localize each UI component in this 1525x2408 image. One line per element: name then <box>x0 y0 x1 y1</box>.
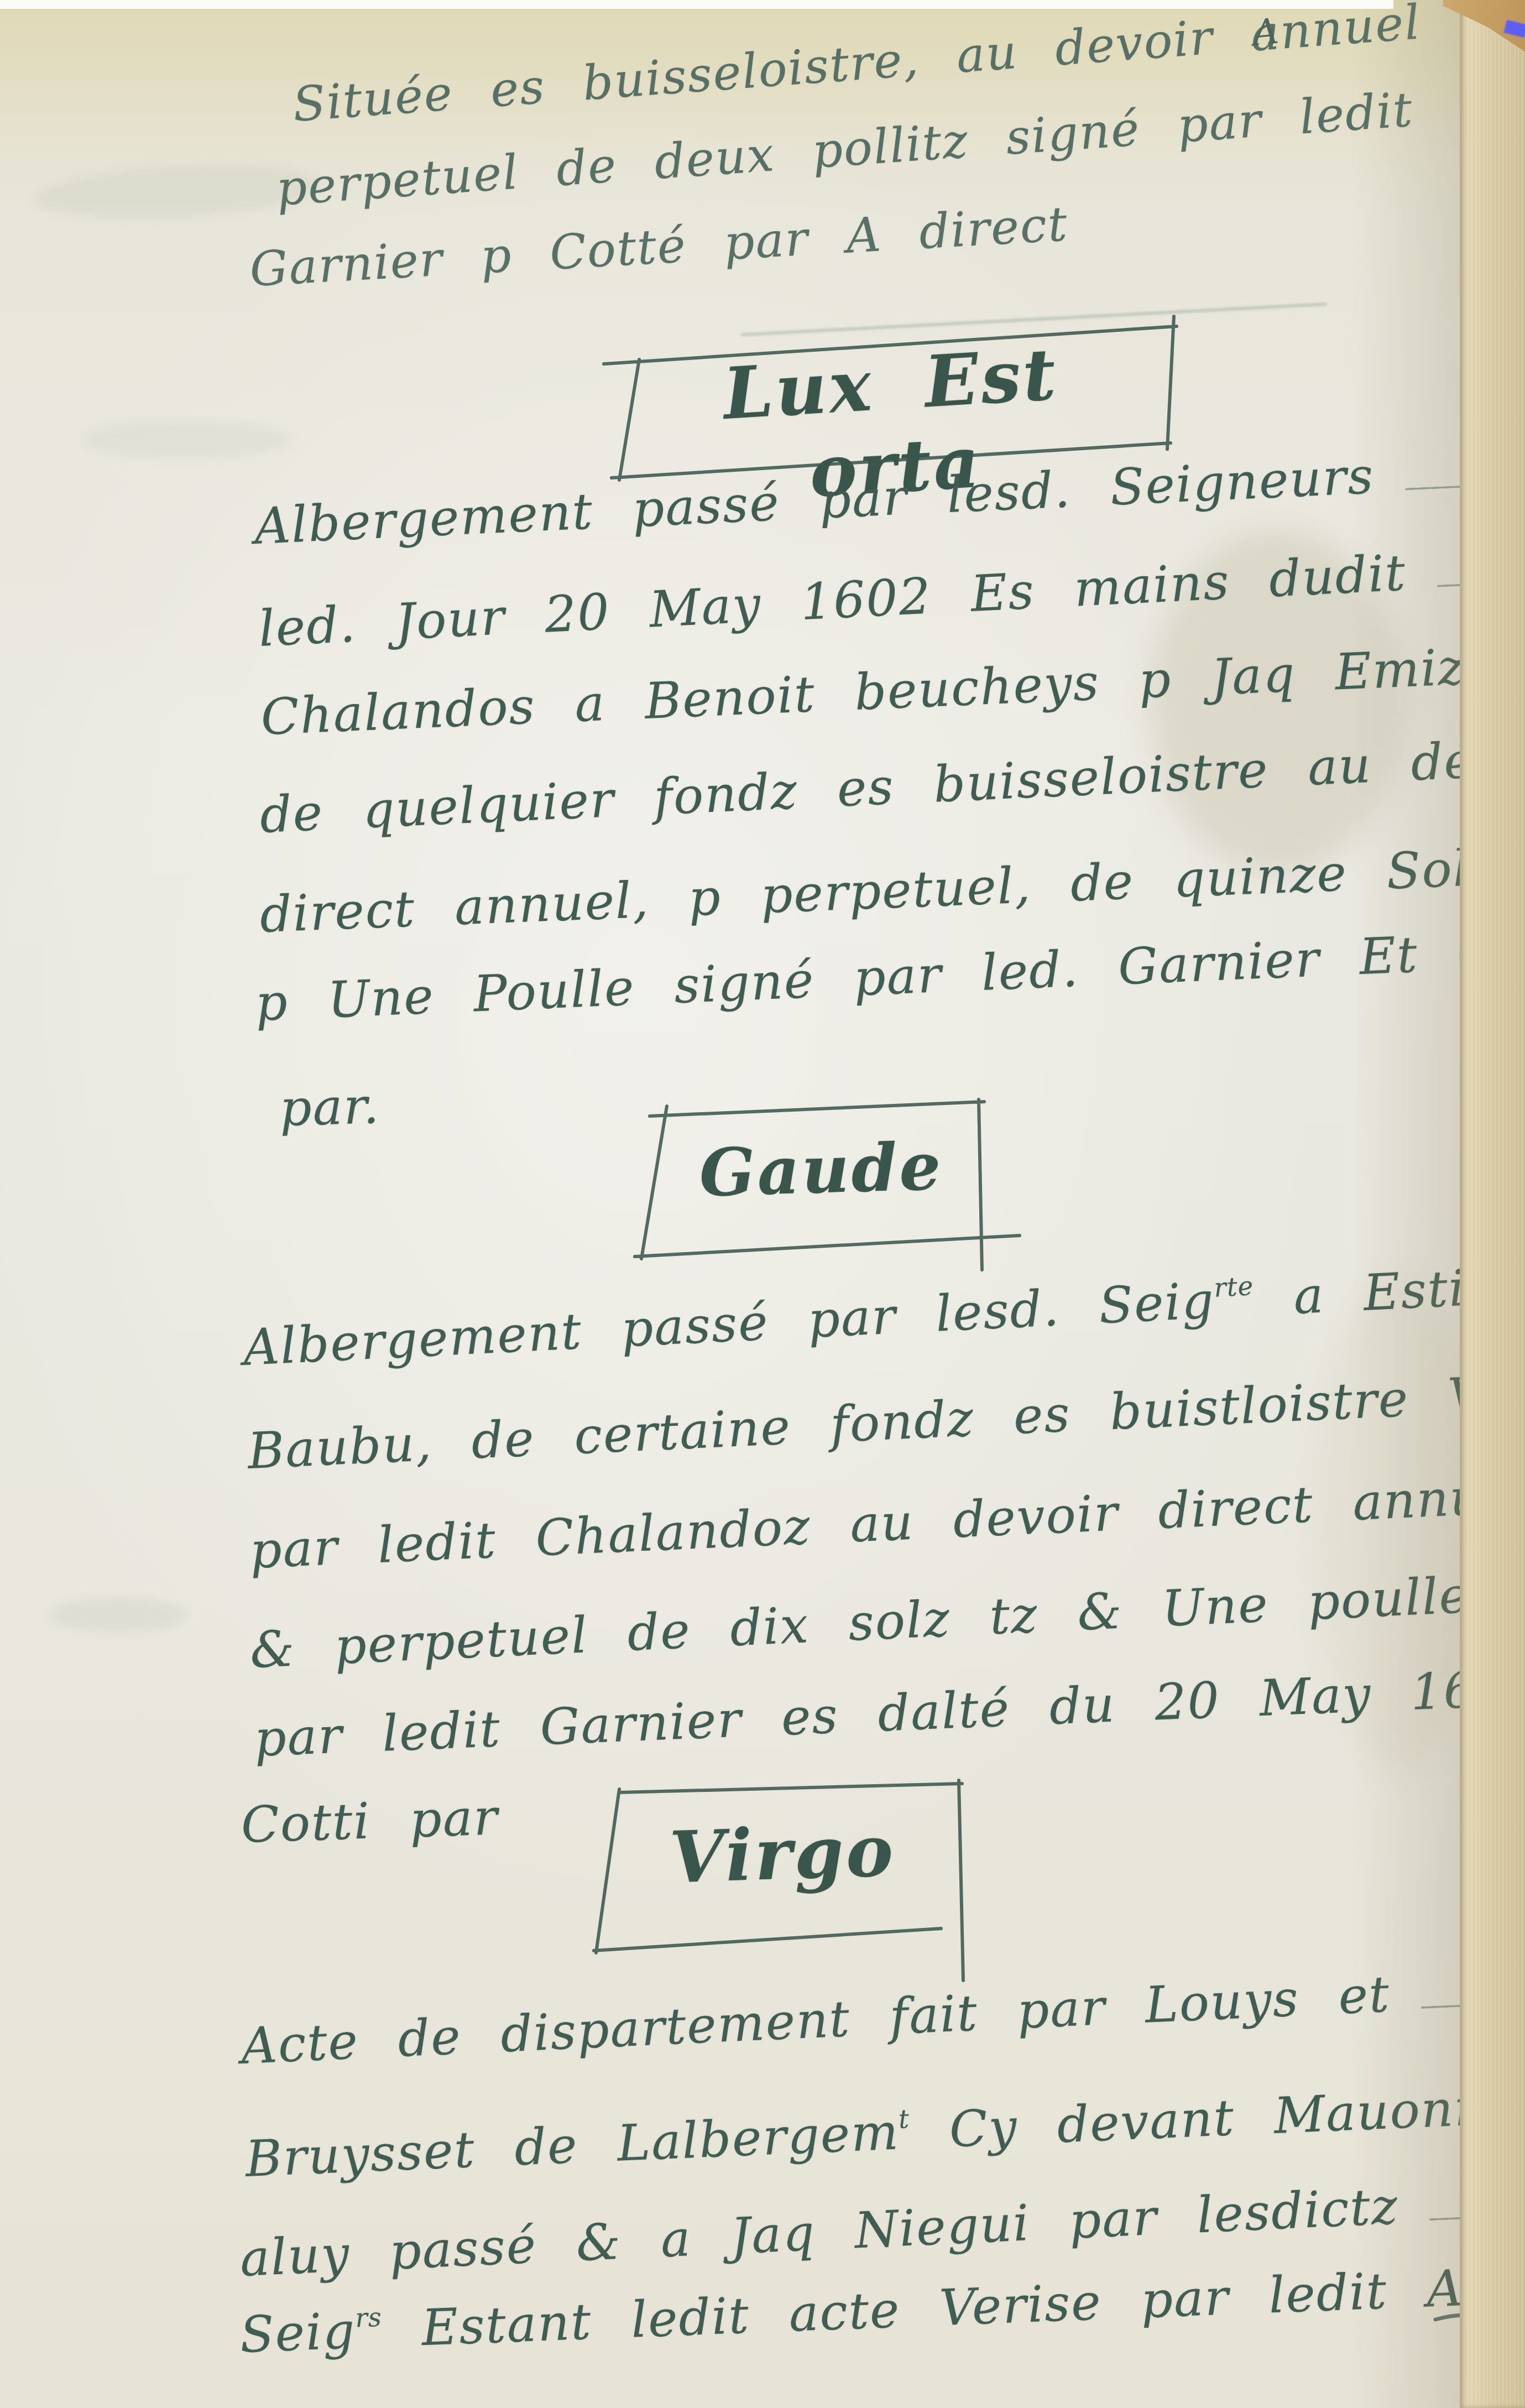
book-page-edges <box>1460 0 1525 2408</box>
manuscript-photo: Située es buisseloistre, au devoir annue… <box>0 0 1525 2408</box>
text-line: par. <box>279 1077 381 1138</box>
scan-edge-strip <box>0 0 1393 9</box>
handwritten-text: Cotti par <box>240 1788 499 1854</box>
handwritten-text: par. <box>279 1077 381 1138</box>
ink-bleedthrough <box>50 1598 188 1632</box>
superscript-mark: t <box>898 2104 910 2135</box>
ink-bleedthrough <box>83 420 293 459</box>
page-curvature-shadow <box>1349 0 1471 2408</box>
superscript-mark: rte <box>1213 1271 1254 1303</box>
heading-virgo: Virgo <box>626 1808 938 1901</box>
text-line: Cotti par <box>240 1788 499 1854</box>
superscript-mark: A <box>1251 11 1281 54</box>
heading-gaude: Gaude <box>665 1127 977 1212</box>
superscript-mark: rs <box>354 2303 382 2334</box>
